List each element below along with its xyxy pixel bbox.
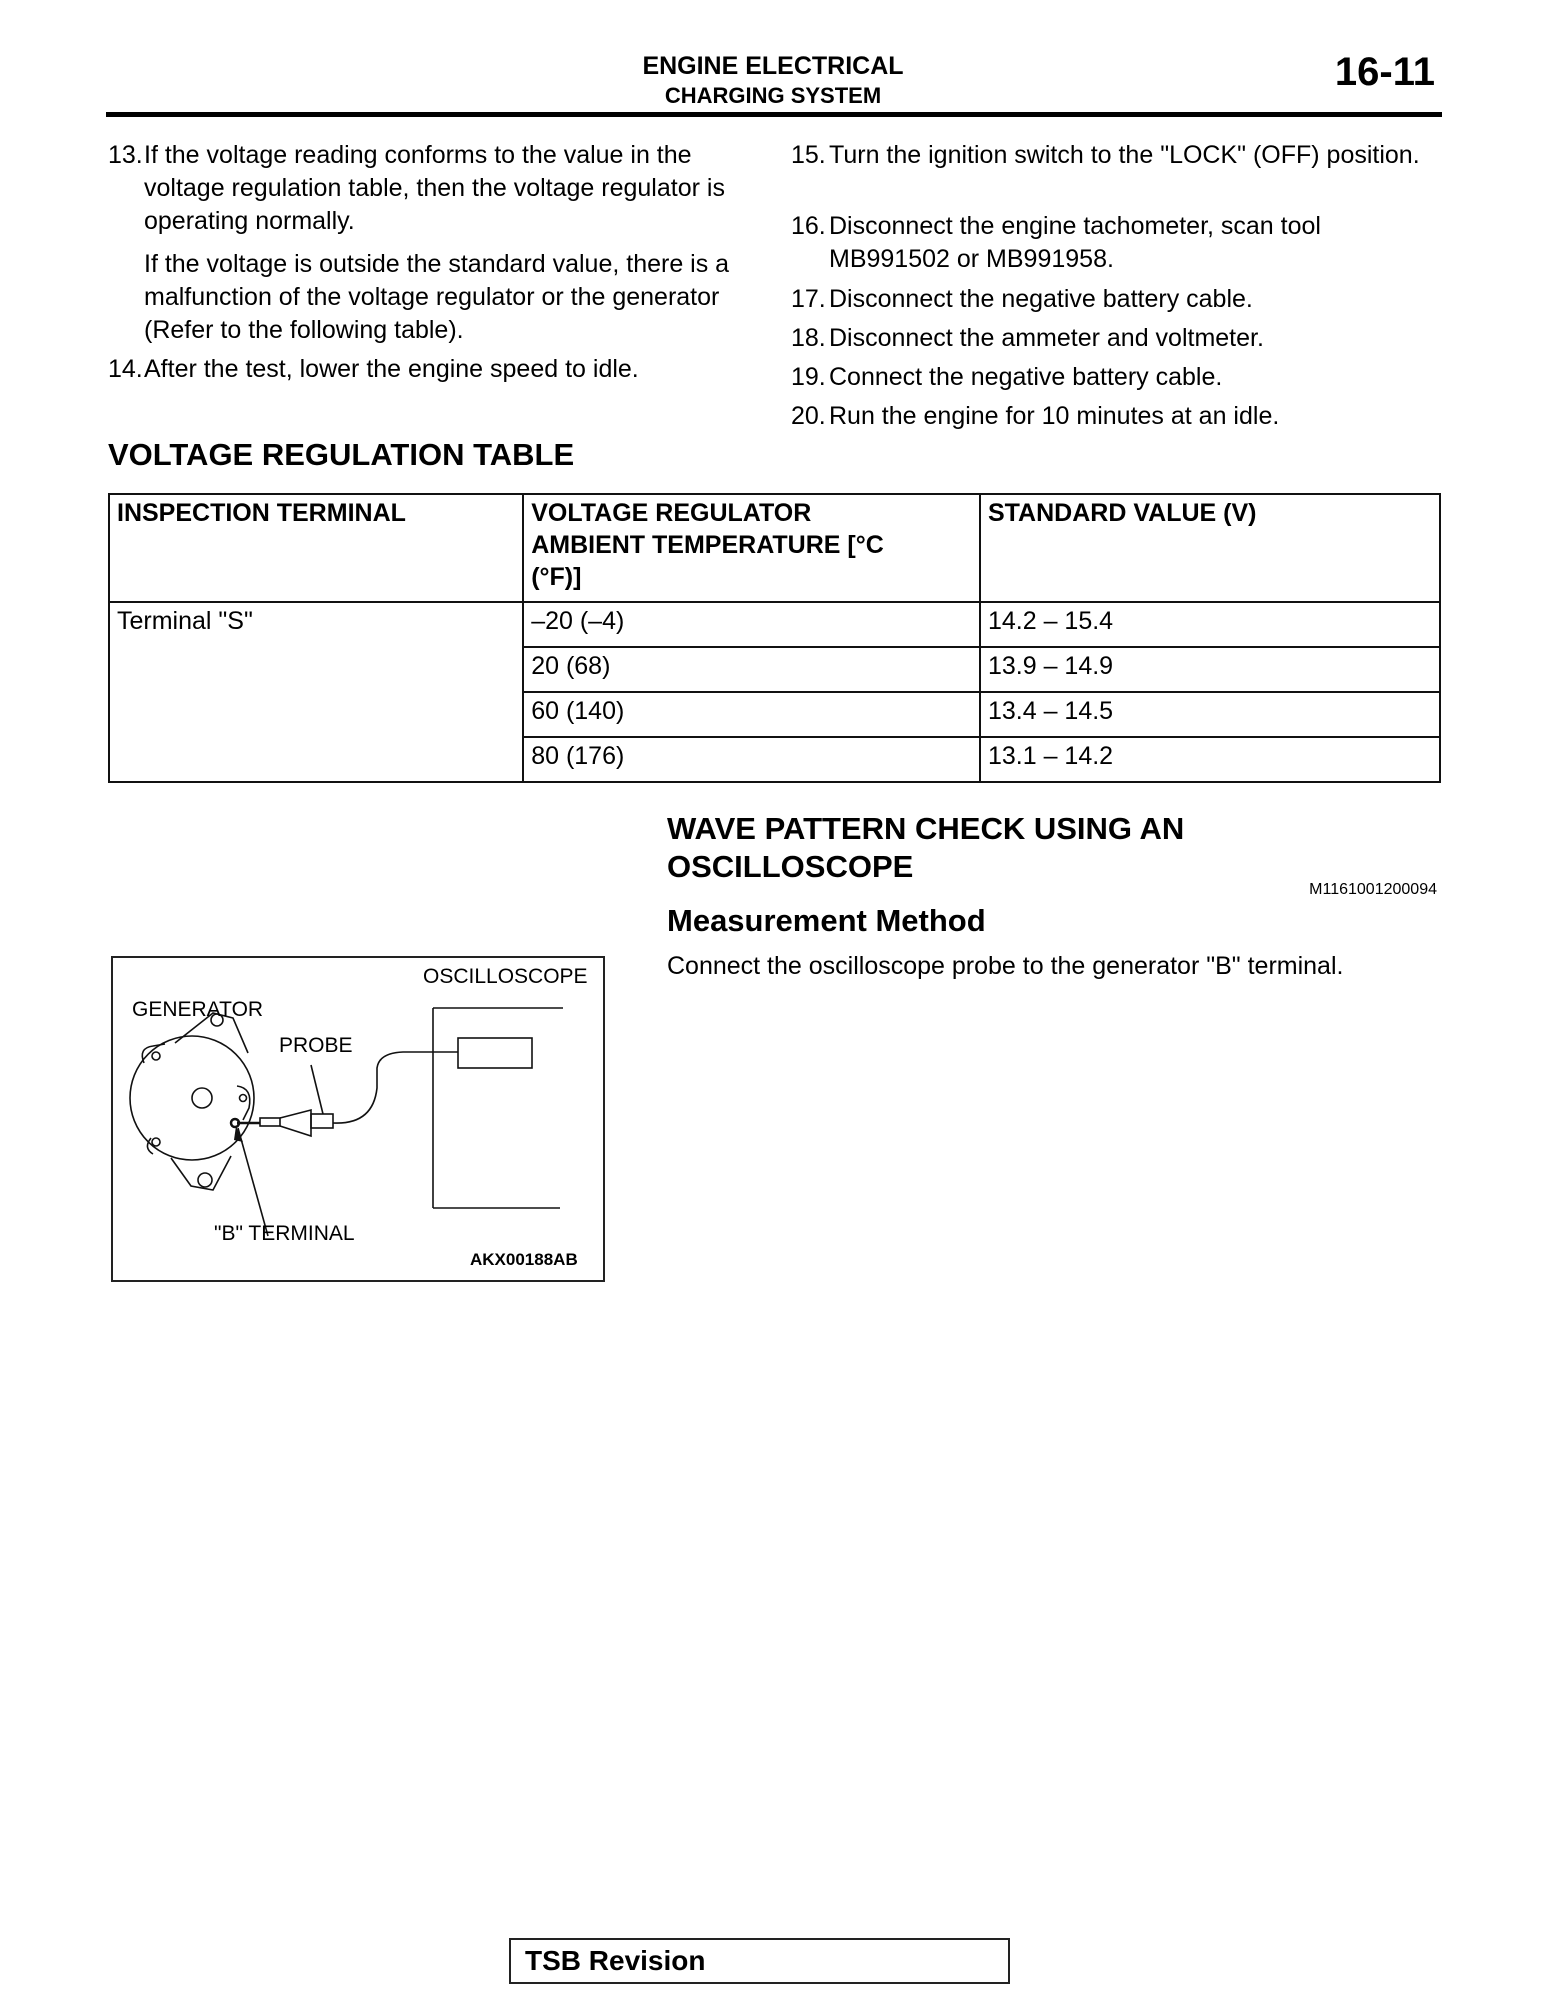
temperature-cell: –20 (–4) — [523, 602, 980, 647]
step-13: 13. If the voltage reading conforms to t… — [108, 139, 758, 238]
step-number: 18. — [791, 322, 826, 355]
b-terminal-label: "B" TERMINAL — [214, 1222, 355, 1246]
step-text: Turn the ignition switch to the "LOCK" (… — [791, 139, 1441, 172]
column-header-text: VOLTAGE REGULATOR AMBIENT TEMPERATURE [°… — [531, 497, 901, 593]
step-13-note: If the voltage is outside the standard v… — [144, 248, 758, 347]
generator-icon — [130, 1013, 254, 1190]
step-14: 14. After the test, lower the engine spe… — [108, 353, 758, 386]
measurement-method-body: Connect the oscilloscope probe to the ge… — [667, 950, 1447, 983]
voltage-regulation-table: INSPECTION TERMINAL VOLTAGE REGULATOR AM… — [108, 493, 1441, 783]
step-text: Connect the negative battery cable. — [791, 361, 1441, 394]
step-number: 16. — [791, 210, 826, 243]
wave-section-title: WAVE PATTERN CHECK USING AN OSCILLOSCOPE — [667, 810, 1184, 886]
wave-title-line1: WAVE PATTERN CHECK USING AN — [667, 810, 1184, 848]
column-header: STANDARD VALUE (V) — [980, 494, 1440, 602]
table-title: VOLTAGE REGULATION TABLE — [108, 437, 574, 473]
standard-value-cell: 13.1 – 14.2 — [980, 737, 1440, 782]
tsb-revision-box: TSB Revision — [509, 1938, 1010, 1984]
standard-value-cell: 14.2 – 15.4 — [980, 602, 1440, 647]
table-header-row: INSPECTION TERMINAL VOLTAGE REGULATOR AM… — [109, 494, 1440, 602]
step-text: If the voltage reading conforms to the v… — [108, 139, 758, 238]
table-row: Terminal "S" –20 (–4) 14.2 – 15.4 — [109, 602, 1440, 647]
generator-label: GENERATOR — [132, 998, 263, 1022]
standard-value-cell: 13.4 – 14.5 — [980, 692, 1440, 737]
temperature-cell: 20 (68) — [523, 647, 980, 692]
step-number: 19. — [791, 361, 826, 394]
measurement-method-heading: Measurement Method — [667, 902, 986, 940]
figure-code: AKX00188AB — [470, 1250, 578, 1270]
column-header: INSPECTION TERMINAL — [109, 494, 523, 602]
step-20: 20. Run the engine for 10 minutes at an … — [791, 400, 1441, 433]
probe-icon — [237, 1052, 458, 1136]
step-19: 19. Connect the negative battery cable. — [791, 361, 1441, 394]
oscilloscope-icon — [433, 1008, 563, 1208]
temperature-cell: 60 (140) — [523, 692, 980, 737]
section-title: ENGINE ELECTRICAL — [560, 52, 986, 80]
step-17: 17. Disconnect the negative battery cabl… — [791, 283, 1441, 316]
step-text: Disconnect the engine tachometer, scan t… — [791, 210, 1441, 276]
step-text: Disconnect the negative battery cable. — [791, 283, 1441, 316]
step-text: If the voltage is outside the standard v… — [144, 250, 729, 344]
b-terminal-leader — [238, 1128, 268, 1236]
terminal-cell: Terminal "S" — [109, 602, 523, 782]
page-number: 16-11 — [1335, 50, 1435, 94]
step-16: 16. Disconnect the engine tachometer, sc… — [791, 210, 1441, 276]
temperature-cell: 80 (176) — [523, 737, 980, 782]
step-number: 13. — [108, 139, 143, 172]
column-header: VOLTAGE REGULATOR AMBIENT TEMPERATURE [°… — [523, 494, 980, 602]
step-18: 18. Disconnect the ammeter and voltmeter… — [791, 322, 1441, 355]
standard-value-cell: 13.9 – 14.9 — [980, 647, 1440, 692]
step-15: 15. Turn the ignition switch to the "LOC… — [791, 139, 1441, 172]
section-subtitle: CHARGING SYSTEM — [560, 84, 986, 108]
step-number: 15. — [791, 139, 826, 172]
wave-title-line2: OSCILLOSCOPE — [667, 848, 1184, 886]
document-code: M1161001200094 — [1309, 880, 1437, 900]
step-text: Disconnect the ammeter and voltmeter. — [791, 322, 1441, 355]
oscilloscope-connection-diagram: GENERATOR PROBE OSCILLOSCOPE "B" TERMINA… — [111, 956, 605, 1282]
header-rule — [106, 112, 1442, 117]
oscilloscope-label: OSCILLOSCOPE — [423, 965, 588, 989]
step-text: Run the engine for 10 minutes at an idle… — [791, 400, 1441, 433]
step-number: 17. — [791, 283, 826, 316]
step-number: 14. — [108, 353, 143, 386]
step-number: 20. — [791, 400, 826, 433]
step-text: After the test, lower the engine speed t… — [108, 353, 758, 386]
probe-label: PROBE — [279, 1034, 353, 1058]
